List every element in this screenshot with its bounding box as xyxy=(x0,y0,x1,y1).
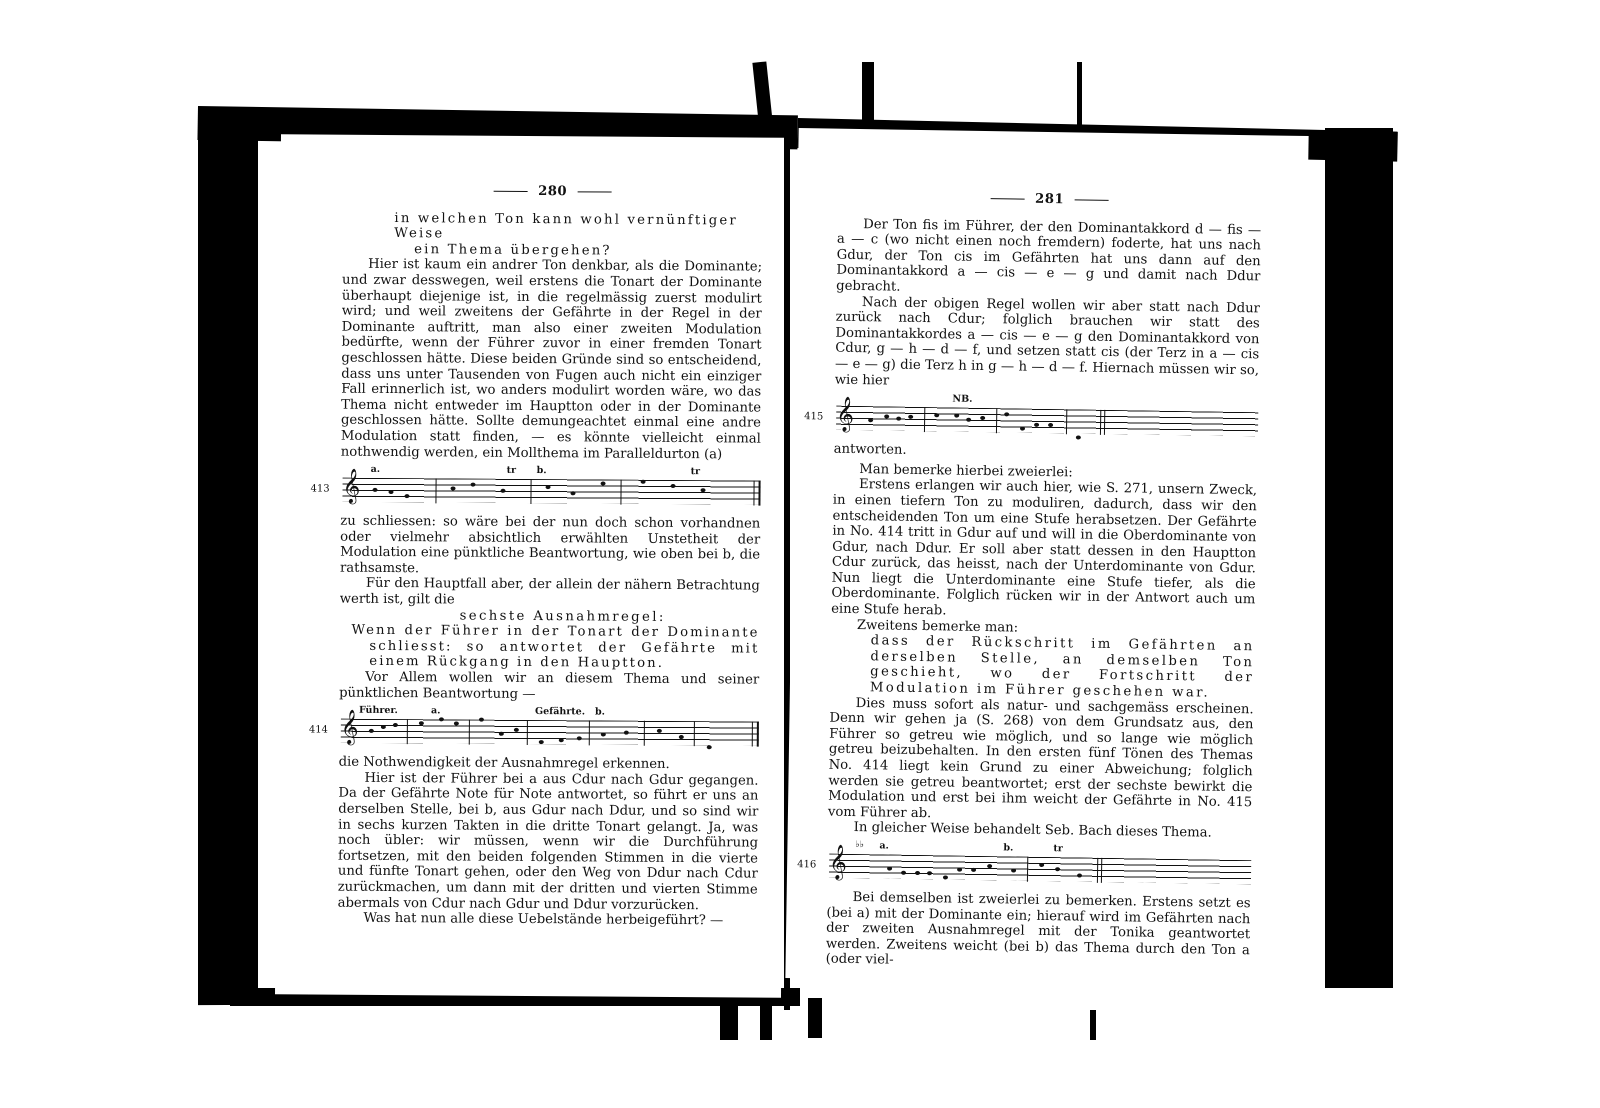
section-question-heading: in welchen Ton kann wohl vernünftiger We… xyxy=(342,210,762,244)
paragraph: antworten. xyxy=(834,442,1258,464)
music-example-413: 413 𝄞 a. b. tr tr xyxy=(340,468,760,511)
paragraph: Dies muss sofort als natur- und sachgemä… xyxy=(828,695,1254,826)
music-example-414: 414 𝄞 Führer. a. Gefährte. b. xyxy=(339,709,759,752)
bookmark-tab xyxy=(760,995,772,1040)
bookmark-tab xyxy=(1090,1010,1096,1040)
bookmark-tab xyxy=(720,1000,738,1040)
right-page: 281 Der Ton fis im Führer, der den Domin… xyxy=(785,128,1308,986)
treble-clef-icon: 𝄞 xyxy=(829,848,847,878)
flat-icon: ♭♭ xyxy=(855,838,864,854)
binding-edge-right xyxy=(1325,128,1393,988)
bookmark-tab xyxy=(1077,62,1082,132)
music-example-416: 416 𝄞 ♭♭ a. b. tr xyxy=(827,844,1252,891)
paragraph: Der Ton fis im Führer, der den Dominanta… xyxy=(836,216,1261,301)
paragraph: zu schliessen: so wäre bei der nun doch … xyxy=(340,514,760,579)
paragraph: Für den Hauptfall aber, der allein der n… xyxy=(340,576,760,610)
paragraph: Hier ist kaum ein andrer Ton denkbar, al… xyxy=(341,257,762,463)
treble-clef-icon: 𝄞 xyxy=(342,472,360,502)
emphasized-statement: dass der Rückschritt im Gefährten an der… xyxy=(830,633,1255,702)
page-number: 281 xyxy=(838,189,1262,211)
treble-clef-icon: 𝄞 xyxy=(341,713,359,743)
paragraph: Vor Allem wollen wir an diesem Thema und… xyxy=(339,670,759,704)
music-example-415: 415 𝄞 NB. xyxy=(834,396,1259,443)
left-page: 280 in welchen Ton kann wohl vernünftige… xyxy=(275,134,787,998)
paragraph: Erstens erlangen wir auch hier, wie S. 2… xyxy=(831,477,1257,624)
page-number: 280 xyxy=(343,183,763,202)
paragraph: Was hat nun alle diese Uebelstände herbe… xyxy=(337,911,757,930)
bookmark-tab xyxy=(808,998,822,1038)
bookmark-tab xyxy=(862,62,874,132)
binding-edge-left xyxy=(198,110,258,1005)
rule-text: Wenn der Führer in der Tonart der Domina… xyxy=(339,623,759,673)
paragraph: Bei demselben ist zweierlei zu bemerken.… xyxy=(826,890,1251,975)
paragraph: Hier ist der Führer bei a aus Cdur nach … xyxy=(338,770,759,913)
treble-clef-icon: 𝄞 xyxy=(836,400,854,430)
paragraph: Nach der obigen Regel wollen wir aber st… xyxy=(835,294,1260,394)
